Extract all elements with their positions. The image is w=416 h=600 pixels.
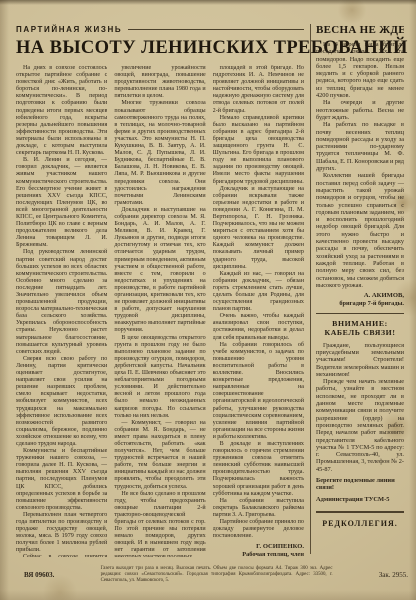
notice-top-rule [316, 313, 404, 314]
main-article: ПАРТИЙНАЯ ЖИЗНЬ НА ВЫСОТУ ЛЕНИНСКИХ ТРЕБ… [16, 24, 304, 557]
paragraph: На очереди и другие неотложные работы. В… [316, 99, 404, 121]
cable-notice-title: ВНИМАНИЕ: КАБЕЛЬ СВЯЗИ! [316, 319, 404, 338]
section-kicker: ПАРТИЙНАЯ ЖИЗНЬ [16, 25, 122, 34]
cable-notice-text: Граждане, пользующиеся приусадебными зем… [316, 342, 404, 473]
spring-signature-name: А. АКИМОВ, [316, 292, 404, 299]
paragraph: — Коммунист, — говорил на собрании М. Я.… [114, 420, 205, 491]
paragraph: На днях в совхозе состоялось открытое па… [16, 65, 107, 157]
paragraph: Каждый из нас, — говорил на собрании док… [213, 271, 304, 314]
paragraph: увеличение урожайности овощей, винограда… [114, 65, 205, 100]
article-column-1: На днях в совхозе состоялось открытое па… [16, 65, 107, 557]
paragraph: Перевыполнен план четвертого года пятиле… [16, 512, 107, 555]
page-content: ПАРТИЙНАЯ ЖИЗНЬ НА ВЫСОТУ ЛЕНИНСКИХ ТРЕБ… [16, 24, 404, 557]
right-column: ВЕСНА НЕ ЖДЕТ На 4 апреля наша бригада п… [310, 24, 404, 554]
paragraph: В. И. Ленин и сегодня, — говорил докладч… [16, 157, 107, 249]
signature-1-name: Г. ОСИПЕНКО. [213, 543, 304, 550]
paragraph: Граждане, пользующиеся приусадебными зем… [316, 342, 404, 378]
paragraph: На собрании говорилось об учебе коммунис… [213, 342, 304, 441]
imprint-row: ВЯ 09603. Газета выходит три раза в меся… [0, 566, 416, 584]
paragraph: Очень важно, чтобы каждый анализировал с… [213, 313, 304, 341]
article-column-3-text: площадей в этой бригаде. Но гидротехник … [213, 65, 304, 540]
cable-notice-title-line1: ВНИМАНИЕ: [316, 319, 404, 329]
paragraph: В цехе овощеводства открытого грунта в п… [114, 335, 205, 420]
paragraph: Сверяя всю свою работу по Ленину, партия… [16, 356, 107, 448]
spring-article-text: На 4 апреля наша бригада посадила около … [316, 41, 404, 289]
order-number: Зак. 2955. [379, 571, 408, 579]
paragraph: На собрании выступила секретарь Балаклав… [213, 498, 304, 519]
paragraph: Коммунисты и беспартийные труженики наше… [16, 448, 107, 512]
article-columns: На днях в совхозе состоялось открытое па… [16, 65, 304, 557]
imprint-text: Газета выходит три раза в месяц. Высокая… [101, 566, 333, 584]
paragraph: Прежде чем начать земляные работы, узнай… [316, 378, 404, 473]
paragraph: На работах по высадке в почву весенних т… [316, 121, 404, 172]
spring-headline: ВЕСНА НЕ ЖДЕТ [316, 24, 404, 36]
article-column-2: увеличение урожайности овощей, винограда… [114, 65, 205, 557]
spring-signature-role: бригадир 7-й бригады. [316, 300, 404, 307]
editorial-label: РЕДКОЛЛЕГИЯ. [316, 519, 404, 528]
cable-notice-warning: Берегите подземные линии связи! [316, 477, 404, 492]
paragraph: Партийное собрание приняло по докладу ра… [213, 519, 304, 540]
paragraph: Сейчас в совхозе ширится соревнование за… [16, 554, 107, 557]
issue-code: ВЯ 09603. [24, 571, 54, 579]
signature-1-role: Рабочая теплиц, член парткома. [213, 551, 304, 557]
body-row: ПАРТИЙНАЯ ЖИЗНЬ НА ВЫСОТУ ЛЕНИНСКИХ ТРЕБ… [16, 24, 404, 557]
kicker-rule [128, 29, 304, 30]
paragraph: Многие труженики совхоза показывают обра… [114, 100, 205, 206]
article-column-3: площадей в этой бригаде. Но гидротехник … [213, 65, 304, 557]
kicker-row: ПАРТИЙНАЯ ЖИЗНЬ [16, 24, 304, 35]
paragraph: На 4 апреля наша бригада посадила около … [316, 41, 404, 99]
newspaper-page: ПАРТИЙНАЯ ЖИЗНЬ НА ВЫСОТУ ЛЕНИНСКИХ ТРЕБ… [0, 0, 416, 600]
paragraph: Докладчик и выступающие на собрании вскр… [213, 186, 304, 271]
paragraph: Не все было сделано в прошлом году, чтоб… [114, 491, 205, 557]
paragraph: В докладе и выступлениях говорилось о го… [213, 441, 304, 498]
paragraph: Под руководством ленинской партии советс… [16, 249, 107, 355]
cable-notice-title-line2: КАБЕЛЬ СВЯЗИ! [316, 328, 404, 338]
main-headline: НА ВЫСОТУ ЛЕНИНСКИХ ТРЕБОВАНИЙ [16, 38, 304, 59]
paragraph: Немало справедливой критики было высказа… [213, 115, 304, 186]
editorial-rule [316, 511, 404, 513]
cable-notice-signature: Администрация ТУСМ-5 [316, 496, 404, 503]
paragraph: Докладчик и выступавшие на собрании дире… [114, 207, 205, 335]
paragraph: Коллектив нашей бригады поставил перед с… [316, 172, 404, 289]
paragraph: площадей в этой бригаде. Но гидротехник … [213, 65, 304, 115]
